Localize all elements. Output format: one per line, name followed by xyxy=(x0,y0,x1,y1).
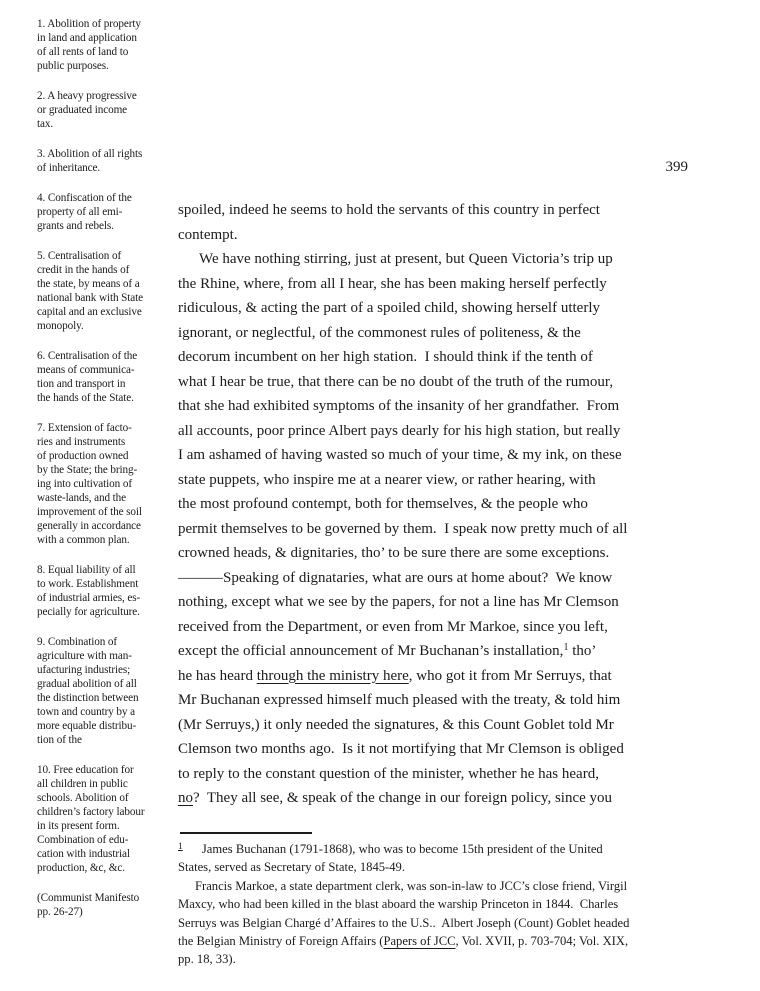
letter-paragraph-1: spoiled, indeed he seems to hold the ser… xyxy=(178,198,718,247)
page-number: 399 xyxy=(178,157,718,177)
text-run: We have nothing stirring, just at presen… xyxy=(178,251,627,561)
margin-note-4: 4. Confiscation of the property of all e… xyxy=(37,191,169,233)
margin-notes: 1. Abolition of property in land and app… xyxy=(37,17,169,935)
footnote-2: Francis Markoe, a state department clerk… xyxy=(178,877,706,969)
footnote-marker: 1 xyxy=(178,842,183,852)
letter-paragraph-3: ———Speaking of dignataries, what are our… xyxy=(178,566,718,811)
margin-note-6: 6. Centralisation of the means of commun… xyxy=(37,349,169,405)
margin-note-9: 9. Combination of agriculture with man- … xyxy=(37,635,169,747)
text-run: ———Speaking of dignataries, what are our… xyxy=(178,570,619,660)
text-run: James Buchanan (1791-1868), who was to b… xyxy=(178,842,603,874)
margin-note-10: 10. Free education for all children in p… xyxy=(37,763,169,875)
margin-note-5: 5. Centralisation of credit in the hands… xyxy=(37,249,169,333)
letter-text: spoiled, indeed he seems to hold the ser… xyxy=(178,198,718,811)
text-run: ? They all see, & speak of the change in… xyxy=(193,790,612,806)
margin-note-7: 7. Extension of facto- ries and instrume… xyxy=(37,421,169,547)
footnotes-section: 1 James Buchanan (1791-1868), who was to… xyxy=(178,832,706,969)
footnote-separator xyxy=(180,832,312,834)
text-run: , who got it from Mr Serruys, that Mr Bu… xyxy=(178,668,624,782)
footnote-1: 1 James Buchanan (1791-1868), who was to… xyxy=(178,840,706,877)
margin-note-2: 2. A heavy progressive or graduated inco… xyxy=(37,89,169,131)
letter-paragraph-2: We have nothing stirring, just at presen… xyxy=(178,247,718,566)
margin-note-3: 3. Abolition of all rights of inheritanc… xyxy=(37,147,169,175)
underlined-text: through the ministry here xyxy=(257,668,409,684)
margin-attribution: (Communist Manifesto pp. 26-27) xyxy=(37,891,169,919)
underlined-text: no xyxy=(178,790,193,806)
margin-note-8: 8. Equal liability of all to work. Estab… xyxy=(37,563,169,619)
margin-note-1: 1. Abolition of property in land and app… xyxy=(37,17,169,73)
underlined-text: Papers of JCC xyxy=(383,934,455,948)
text-run: spoiled, indeed he seems to hold the ser… xyxy=(178,202,600,243)
book-page: 1. Abolition of property in land and app… xyxy=(0,0,760,991)
page-content: 399 spoiled, indeed he seems to hold the… xyxy=(178,157,718,811)
